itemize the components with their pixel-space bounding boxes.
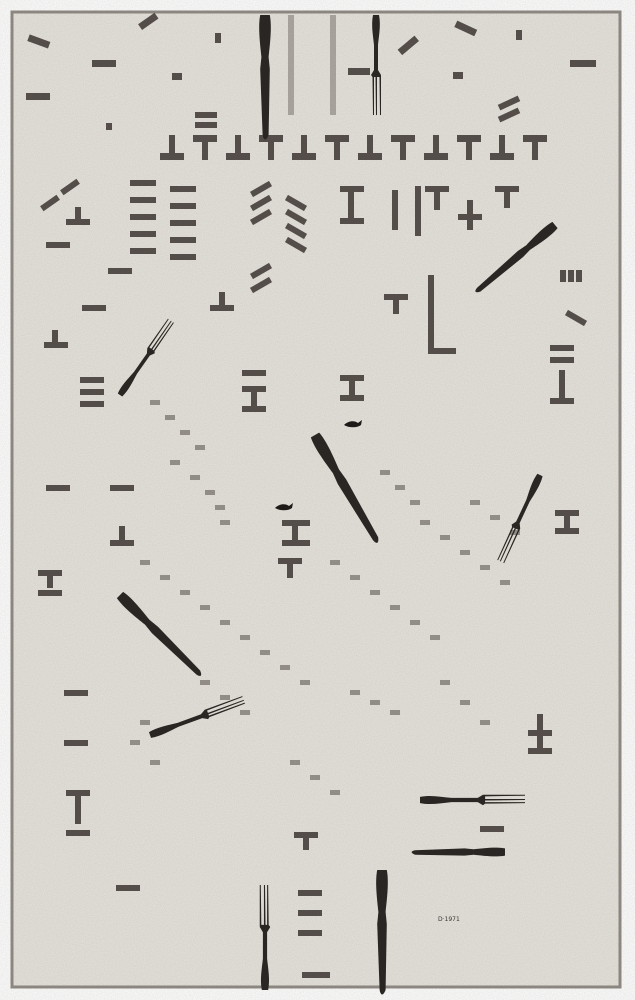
artist-signature: D·1971 (438, 916, 460, 923)
artwork-canvas (0, 0, 635, 1000)
